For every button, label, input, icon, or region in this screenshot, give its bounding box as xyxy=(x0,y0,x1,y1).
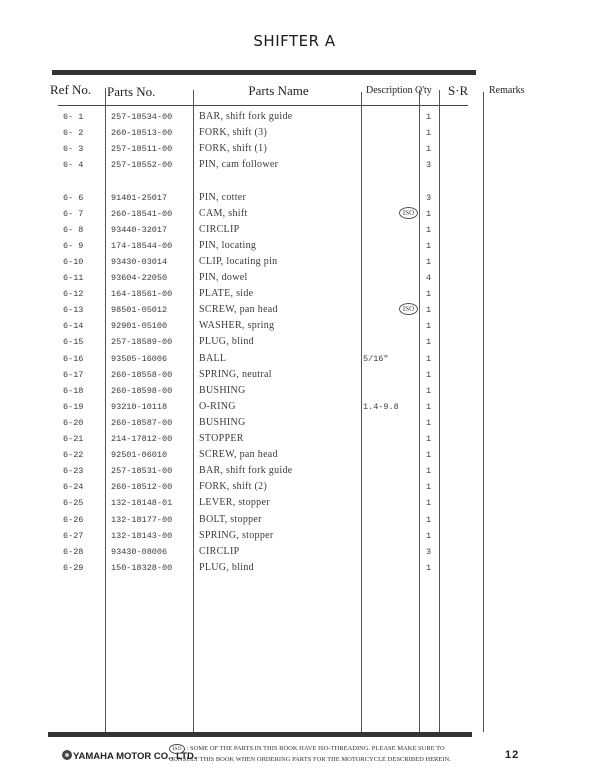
quantity-cell: 1 xyxy=(426,225,431,235)
ref-no-cell: 6- 4 xyxy=(63,160,83,170)
quantity-cell: 1 xyxy=(426,515,431,525)
quantity-cell: 1 xyxy=(426,418,431,428)
page-number: 12 xyxy=(505,749,519,761)
table-row: 6-18260-18598-00BUSHING1 xyxy=(0,386,589,402)
part-name-cell: SCREW, pan head xyxy=(199,304,278,315)
ref-no-cell: 6-22 xyxy=(63,450,83,460)
part-number-cell: 164-18561-00 xyxy=(111,289,172,299)
ref-no-cell: 6- 7 xyxy=(63,209,83,219)
quantity-cell: 1 xyxy=(426,321,431,331)
part-number-cell: 260-18598-00 xyxy=(111,386,172,396)
description-cell: 1.4-9.8 xyxy=(363,402,399,412)
part-name-cell: PLUG, blind xyxy=(199,562,254,573)
part-name-cell: WASHER, spring xyxy=(199,320,274,331)
part-number-cell: 93604-22050 xyxy=(111,273,167,283)
part-number-cell: 257-18552-00 xyxy=(111,160,172,170)
part-number-cell: 93430-03014 xyxy=(111,257,167,267)
quantity-cell: 1 xyxy=(426,370,431,380)
table-row: 6-26132-18177-00BOLT, stopper1 xyxy=(0,515,589,531)
quantity-cell: 1 xyxy=(426,144,431,154)
quantity-cell: 1 xyxy=(426,354,431,364)
quantity-cell: 1 xyxy=(426,305,431,315)
part-number-cell: 257-18534-00 xyxy=(111,112,172,122)
part-name-cell: PLUG, blind xyxy=(199,336,254,347)
part-name-cell: BAR, shift fork guide xyxy=(199,465,293,476)
part-name-cell: SCREW, pan head xyxy=(199,449,278,460)
ref-no-cell: 6-24 xyxy=(63,482,83,492)
ref-no-cell: 6-19 xyxy=(63,402,83,412)
part-number-cell: 91401-25017 xyxy=(111,193,167,203)
table-row: 6-1993210-10118O-RING1.4-9.81 xyxy=(0,402,589,418)
yamaha-emblem-icon xyxy=(62,750,72,760)
part-name-cell: FORK, shift (1) xyxy=(199,143,267,154)
part-name-cell: CIRCLIP xyxy=(199,224,239,235)
part-name-cell: PIN, dowel xyxy=(199,272,248,283)
iso-note-line2: CONSULT THIS BOOK WHEN ORDERING PARTS FO… xyxy=(169,756,451,763)
part-number-cell: 257-18531-00 xyxy=(111,466,172,476)
iso-mark-icon: ISO xyxy=(399,303,418,315)
quantity-cell: 1 xyxy=(426,402,431,412)
part-number-cell: 98501-05012 xyxy=(111,305,167,315)
table-row: 6-23257-18531-00BAR, shift fork guide1 xyxy=(0,466,589,482)
quantity-cell: 4 xyxy=(426,273,431,283)
quantity-cell: 1 xyxy=(426,337,431,347)
part-number-cell: 92901-05100 xyxy=(111,321,167,331)
quantity-cell: 3 xyxy=(426,547,431,557)
iso-note-line1: : SOME OF THE PARTS IN THIS BOOK HAVE IS… xyxy=(187,745,445,752)
table-row: 6-17260-18558-00SPRING, neutral1 xyxy=(0,370,589,386)
quantity-cell: 1 xyxy=(426,257,431,267)
table-row: 6- 4257-18552-00PIN, cam follower3 xyxy=(0,160,589,176)
part-number-cell: 150-18328-00 xyxy=(111,563,172,573)
ref-no-cell: 6-14 xyxy=(63,321,83,331)
part-name-cell: BAR, shift fork guide xyxy=(199,111,293,122)
ref-no-cell: 6-12 xyxy=(63,289,83,299)
table-row: 6-1693505-16006BALL5/16"1 xyxy=(0,354,589,370)
header-parts-name: Parts Name xyxy=(248,83,308,98)
part-name-cell: PIN, cam follower xyxy=(199,159,278,170)
ref-no-cell: 6-10 xyxy=(63,257,83,267)
header-remarks: Remarks xyxy=(489,85,525,96)
table-row: 6- 7260-18541-00CAM, shift1ISO xyxy=(0,209,589,225)
part-name-cell: BUSHING xyxy=(199,385,246,396)
part-number-cell: 214-17812-00 xyxy=(111,434,172,444)
header-qty: Q'ty xyxy=(415,85,432,96)
quantity-cell: 1 xyxy=(426,563,431,573)
iso-mark-icon: ISO xyxy=(399,207,418,219)
quantity-cell: 1 xyxy=(426,241,431,251)
part-number-cell: 260-18587-00 xyxy=(111,418,172,428)
quantity-cell: 1 xyxy=(426,112,431,122)
iso-mark-icon: ISO xyxy=(169,744,185,754)
quantity-cell: 1 xyxy=(426,209,431,219)
top-rule xyxy=(52,70,476,75)
part-number-cell: 257-18589-00 xyxy=(111,337,172,347)
quantity-cell: 1 xyxy=(426,466,431,476)
part-name-cell: SPRING, neutral xyxy=(199,369,272,380)
part-name-cell: O-RING xyxy=(199,401,236,412)
bottom-rule xyxy=(48,732,472,737)
table-row: 6-1492901-05100WASHER, spring1 xyxy=(0,321,589,337)
ref-no-cell: 6- 3 xyxy=(63,144,83,154)
description-cell: 5/16" xyxy=(363,354,389,364)
part-number-cell: 93505-16006 xyxy=(111,354,167,364)
table-row: 6- 9174-18544-00PIN, locating1 xyxy=(0,241,589,257)
header-description: Description xyxy=(366,85,413,96)
table-row: 6-29150-18328-00PLUG, blind1 xyxy=(0,563,589,579)
table-row: 6-2893430-08006CIRCLIP3 xyxy=(0,547,589,563)
page-title: SHIFTER A xyxy=(0,32,589,50)
ref-no-cell: 6-23 xyxy=(63,466,83,476)
ref-no-cell: 6-29 xyxy=(63,563,83,573)
table-header: Ref No. Parts No. Parts Name Description… xyxy=(0,80,589,104)
ref-no-cell: 6-20 xyxy=(63,418,83,428)
ref-no-cell: 6-18 xyxy=(63,386,83,396)
part-name-cell: LEVER, stopper xyxy=(199,497,270,508)
part-name-cell: BALL xyxy=(199,353,226,364)
ref-no-cell: 6-16 xyxy=(63,354,83,364)
table-row: 6- 893440-32017CIRCLIP1 xyxy=(0,225,589,241)
ref-no-cell: 6-25 xyxy=(63,498,83,508)
part-number-cell: 132-18143-00 xyxy=(111,531,172,541)
ref-no-cell: 6- 8 xyxy=(63,225,83,235)
ref-no-cell: 6-28 xyxy=(63,547,83,557)
part-name-cell: FORK, shift (3) xyxy=(199,127,267,138)
footer: YAMAHA MOTOR CO., LTD. ISO : SOME OF THE… xyxy=(0,740,589,780)
table-row: 6-15257-18589-00PLUG, blind1 xyxy=(0,337,589,353)
table-row: 6-1398501-05012SCREW, pan head1ISO xyxy=(0,305,589,321)
part-name-cell: CLIP, locating pin xyxy=(199,256,277,267)
part-name-cell: PIN, locating xyxy=(199,240,256,251)
part-number-cell: 93440-32017 xyxy=(111,225,167,235)
part-number-cell: 174-18544-00 xyxy=(111,241,172,251)
part-number-cell: 132-18177-00 xyxy=(111,515,172,525)
ref-no-cell: 6- 9 xyxy=(63,241,83,251)
header-sr: S·R xyxy=(448,83,468,99)
quantity-cell: 1 xyxy=(426,128,431,138)
quantity-cell: 3 xyxy=(426,160,431,170)
ref-no-cell: 6-27 xyxy=(63,531,83,541)
part-name-cell: PLATE, side xyxy=(199,288,253,299)
part-number-cell: 93430-08006 xyxy=(111,547,167,557)
part-name-cell: FORK, shift (2) xyxy=(199,481,267,492)
part-number-cell: 260-18513-00 xyxy=(111,128,172,138)
quantity-cell: 1 xyxy=(426,531,431,541)
part-name-cell: BUSHING xyxy=(199,417,246,428)
ref-no-cell: 6-17 xyxy=(63,370,83,380)
table-row: 6- 3257-18511-00FORK, shift (1)1 xyxy=(0,144,589,160)
ref-no-cell: 6-11 xyxy=(63,273,83,283)
table-row: 6-1093430-03014CLIP, locating pin1 xyxy=(0,257,589,273)
ref-no-cell: 6- 6 xyxy=(63,193,83,203)
part-number-cell: 93210-10118 xyxy=(111,402,167,412)
part-number-cell: 260-18512-00 xyxy=(111,482,172,492)
header-underline xyxy=(58,105,468,106)
part-name-cell: CAM, shift xyxy=(199,208,248,219)
part-name-cell: SPRING, stopper xyxy=(199,530,274,541)
table-row: 6- 1257-18534-00BAR, shift fork guide1 xyxy=(0,112,589,128)
quantity-cell: 3 xyxy=(426,193,431,203)
ref-no-cell: 6-26 xyxy=(63,515,83,525)
table-row: 6-24260-18512-00FORK, shift (2)1 xyxy=(0,482,589,498)
part-number-cell: 257-18511-00 xyxy=(111,144,172,154)
ref-no-cell: 6-15 xyxy=(63,337,83,347)
iso-note: ISO : SOME OF THE PARTS IN THIS BOOK HAV… xyxy=(169,743,451,765)
table-row: 6-21214-17812-00STOPPER1 xyxy=(0,434,589,450)
ref-no-cell: 6-13 xyxy=(63,305,83,315)
ref-no-cell: 6- 1 xyxy=(63,112,83,122)
part-name-cell: CIRCLIP xyxy=(199,546,239,557)
part-name-cell: STOPPER xyxy=(199,433,244,444)
ref-no-cell: 6-21 xyxy=(63,434,83,444)
ref-no-cell: 6- 2 xyxy=(63,128,83,138)
part-number-cell: 260-18558-00 xyxy=(111,370,172,380)
table-row: 6- 691401-25017PIN, cotter3 xyxy=(0,193,589,209)
table-row: 6-27132-18143-00SPRING, stopper1 xyxy=(0,531,589,547)
table-row: 6-1193604-22050PIN, dowel4 xyxy=(0,273,589,289)
part-number-cell: 260-18541-00 xyxy=(111,209,172,219)
quantity-cell: 1 xyxy=(426,386,431,396)
table-row: 6-25132-18148-01LEVER, stopper1 xyxy=(0,498,589,514)
table-row: 6- 2260-18513-00FORK, shift (3)1 xyxy=(0,128,589,144)
quantity-cell: 1 xyxy=(426,450,431,460)
quantity-cell: 1 xyxy=(426,289,431,299)
table-row: 6-2292501-06010SCREW, pan head1 xyxy=(0,450,589,466)
table-row: 6-12164-18561-00PLATE, side1 xyxy=(0,289,589,305)
part-number-cell: 92501-06010 xyxy=(111,450,167,460)
table-row: 6-20260-18587-00BUSHING1 xyxy=(0,418,589,434)
quantity-cell: 1 xyxy=(426,482,431,492)
quantity-cell: 1 xyxy=(426,434,431,444)
part-name-cell: PIN, cotter xyxy=(199,192,246,203)
quantity-cell: 1 xyxy=(426,498,431,508)
part-number-cell: 132-18148-01 xyxy=(111,498,172,508)
part-name-cell: BOLT, stopper xyxy=(199,514,262,525)
